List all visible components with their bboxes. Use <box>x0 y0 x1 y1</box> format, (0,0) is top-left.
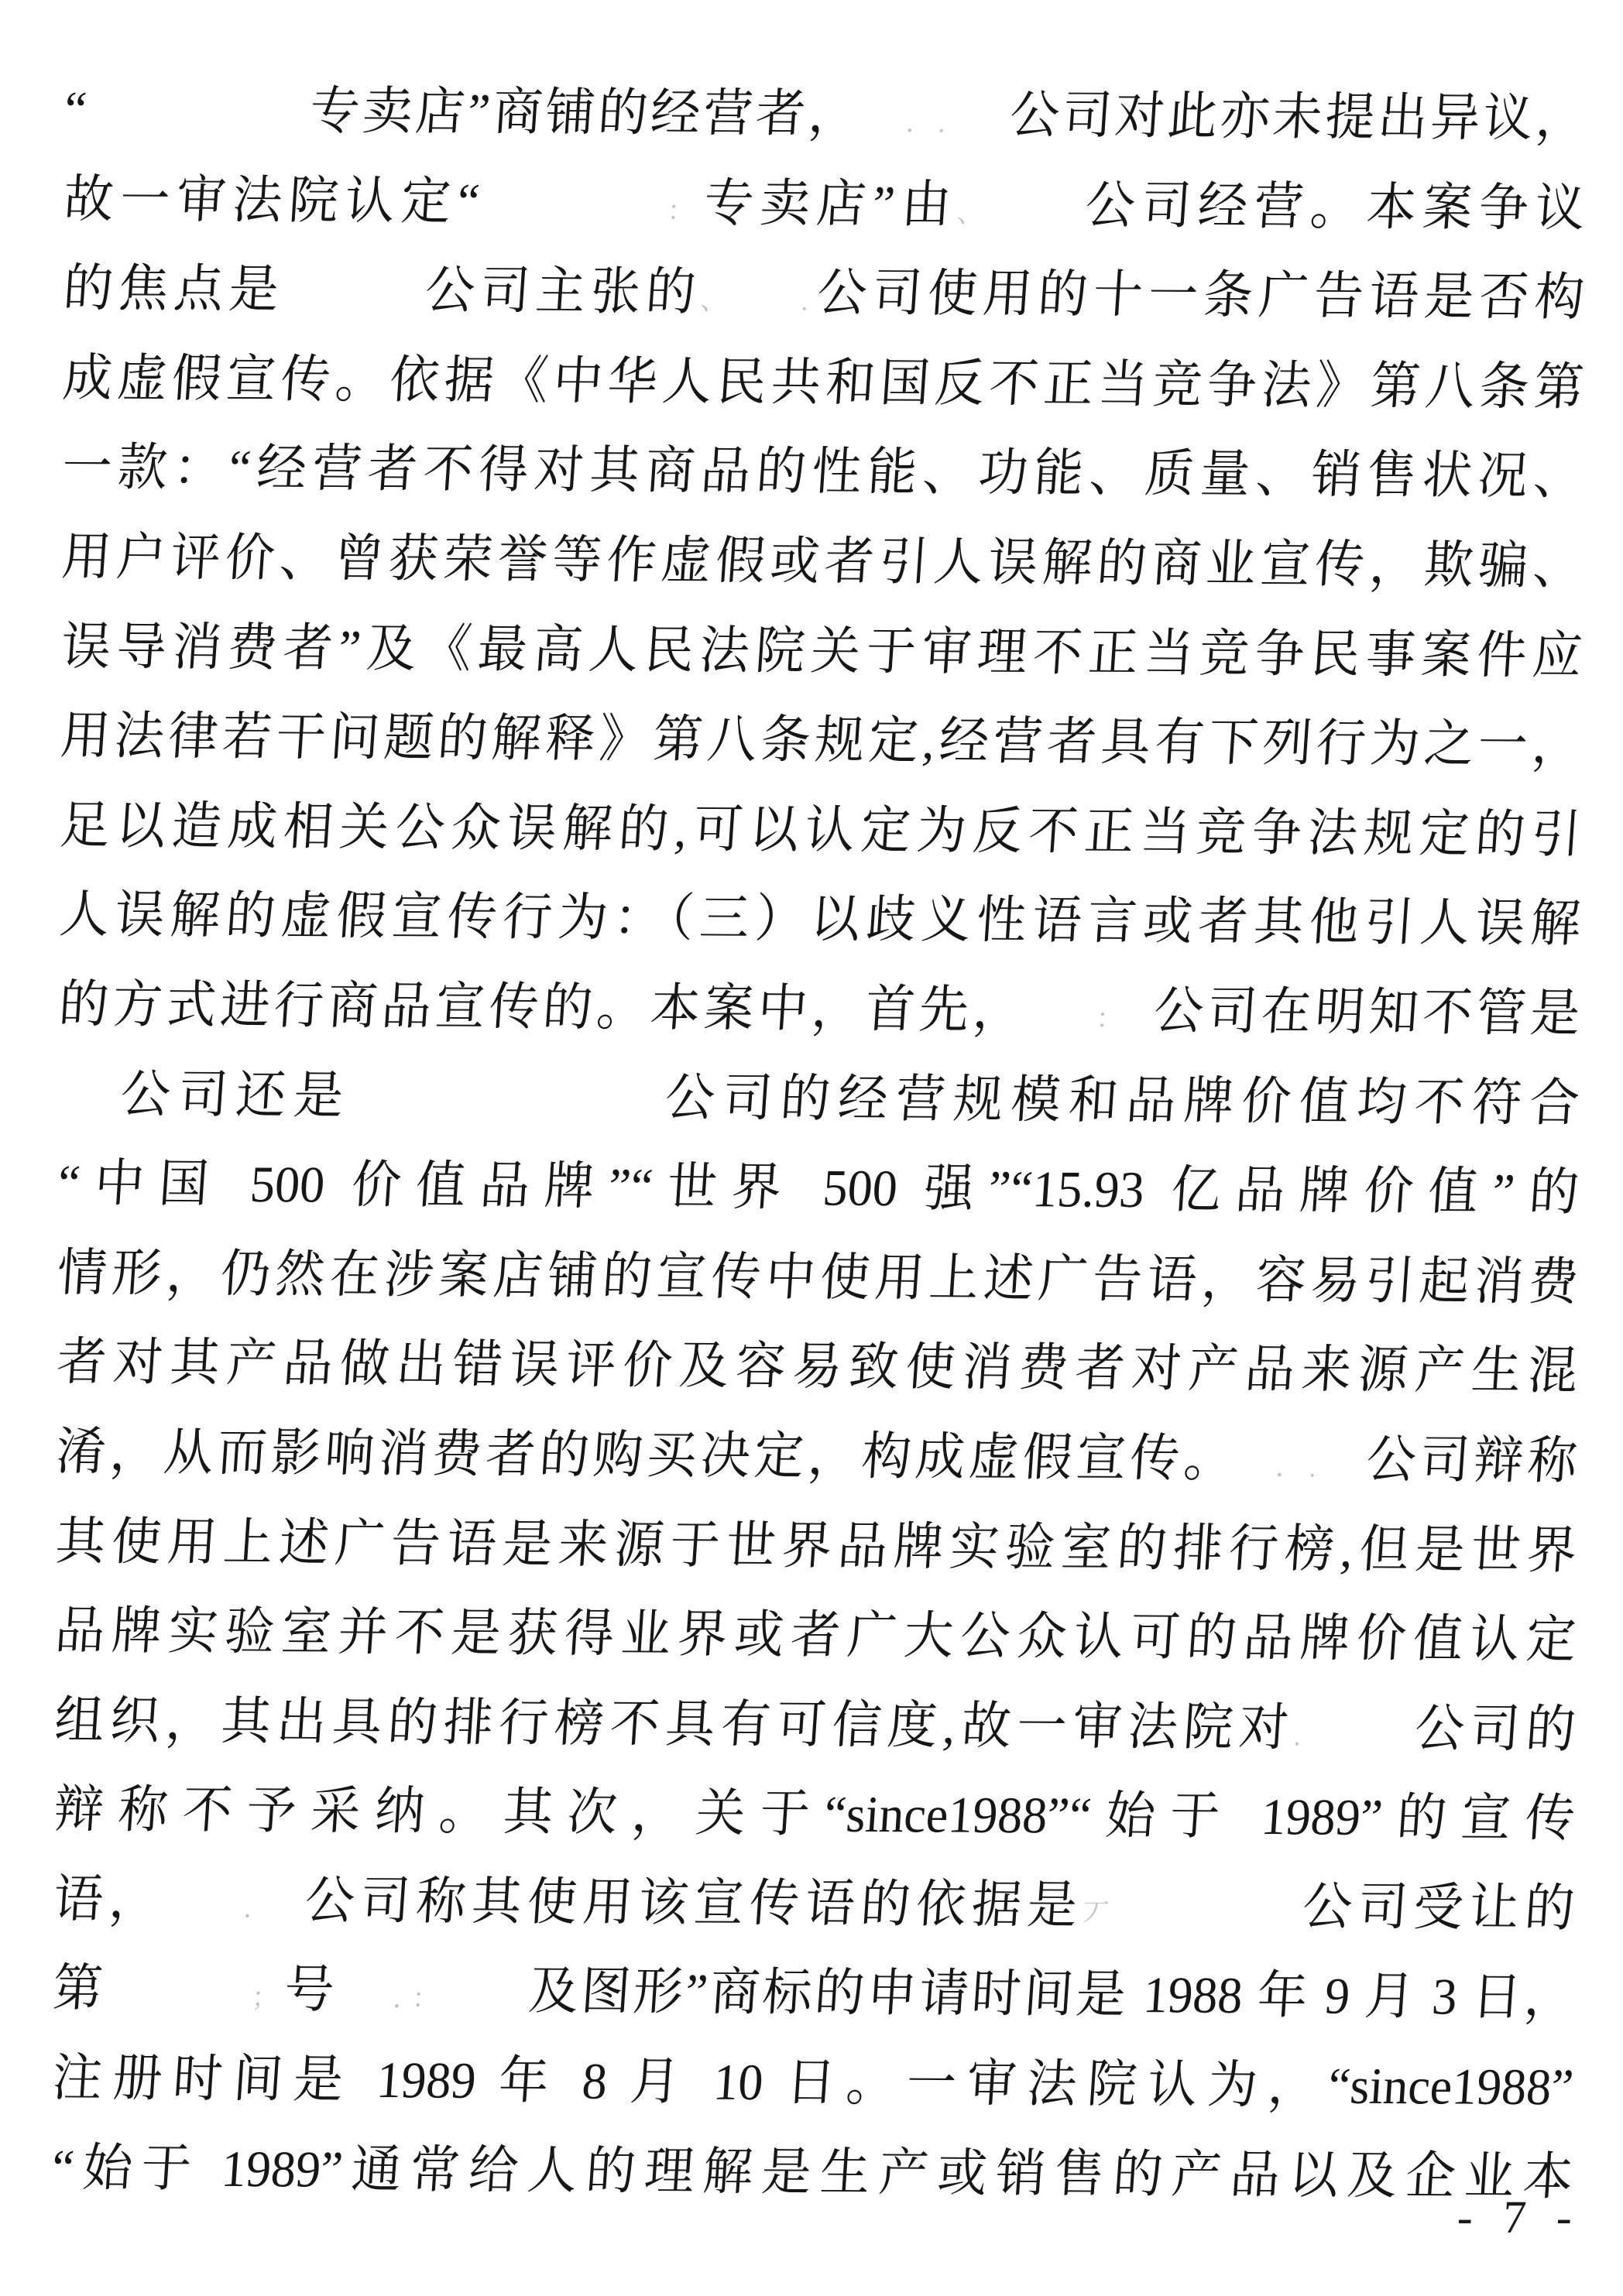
text-run: “始于 1989”通常给人的理解是生产或销售的产品以及企业本 <box>50 2139 1575 2205</box>
redaction-residue: ； <box>251 1983 283 2013</box>
redaction-residue: ． <box>237 1894 280 1924</box>
text-line: 辩称不予采纳。其次，关于“since1988”“始于 1989”的宣传 <box>51 1763 1578 1866</box>
text-line: 情形，仍然在涉案店铺的宣传中使用上述广告语，容易引起消费 <box>54 1226 1581 1328</box>
text-run: 的方式进行商品宣传的。本案中，首先， <box>57 975 1029 1038</box>
redaction-gap <box>993 220 1078 222</box>
text-line: 用户评价、曾获荣誉等作虚假或者引人误解的商业宣传，欺骗、 <box>59 510 1586 612</box>
redaction-residue: ： <box>660 197 705 227</box>
redaction-gap <box>336 2006 390 2008</box>
text-line: 第；号．：及图形”商标的申请时间是 1988 年 9 月 3 日， <box>50 1942 1577 2044</box>
redaction-residue: . <box>1293 1722 1305 1752</box>
text-run: 误导消费者”及《最高人民法院关于审理不正当竞争民事案件应 <box>60 618 1584 684</box>
redaction-gap <box>350 1111 656 1114</box>
redaction-residue: ．. <box>1271 1453 1320 1483</box>
redaction-residue: ．： <box>389 1984 445 2014</box>
redaction-gap <box>105 2004 252 2006</box>
redaction-residue: ．. <box>902 108 949 139</box>
text-line: 组织，其出具的排行榜不具有可信度,故一审法院对.公司的 <box>52 1674 1579 1776</box>
redaction-gap <box>1303 1743 1408 1746</box>
text-run: 专卖店”商铺的经营者， <box>305 82 863 142</box>
text-run: 故一审法院认定“ <box>62 170 482 230</box>
text-line: 一款：“经营者不得对其商品的性能、功能、质量、销售状况、 <box>59 421 1586 523</box>
text-run: 成虚假宣传。依据《中华人民共和国反不正当竞争法》第八条第 <box>61 349 1586 416</box>
text-run: 人误解的虚假宣传行为：（三）以歧义性语言或者其他引人误解 <box>58 886 1583 953</box>
text-run: 品牌实验室并不是获得业界或者广大公众认可的品牌价值认定 <box>53 1602 1578 1668</box>
redaction-gap <box>1117 1921 1295 1924</box>
document-body: “专卖店”商铺的经营者，．.公司对此亦未提出异议，故一审法院认定“：专卖店”由、… <box>49 67 1583 2223</box>
text-run: 组织，其出具的排行榜不具有可信度,故一审法院对 <box>53 1691 1296 1756</box>
text-line: 成虚假宣传。依据《中华人民共和国反不正当竞争法》第八条第 <box>60 331 1587 433</box>
text-line: “始于 1989”通常给人的理解是生产或销售的产品以及企业本 <box>49 2121 1576 2223</box>
text-run: 淆，从而影响消费者的购买决定，构成虚假宣传。 <box>54 1423 1239 1487</box>
text-run: 公司对此亦未提出异议， <box>1005 87 1587 147</box>
text-run: 一款：“经营者不得对其商品的性能、功能、质量、销售状况、 <box>60 439 1585 505</box>
text-run: 语， <box>52 1870 166 1928</box>
text-line: 人误解的虚假宣传行为：（三）以歧义性语言或者其他引人误解 <box>57 869 1584 971</box>
text-line: 语，．公司称其使用该宣传语的依据是丆公司受让的 <box>50 1852 1577 1955</box>
redaction-residue: ： <box>1091 1004 1131 1034</box>
redaction-residue: 、 <box>956 198 994 228</box>
redaction-gap <box>163 1915 237 1917</box>
text-run: 情形，仍然在涉案店铺的宣传中使用上述广告语，容易引起消费 <box>56 1244 1580 1311</box>
text-run: 公司主张的 <box>418 262 704 320</box>
text-run: 辩称不予采纳。其次，关于“since1988”“始于 1989”的宣传 <box>52 1781 1577 1848</box>
redaction-gap <box>860 130 903 132</box>
text-line: 品牌实验室并不是获得业界或者广大公众认可的品牌价值认定 <box>52 1584 1579 1686</box>
text-run: 公司的 <box>1407 1700 1577 1758</box>
text-line: “专卖店”商铺的经营者，．.公司对此亦未提出异议， <box>61 63 1588 165</box>
text-line: 公司还是公司的经营规模和品牌价值均不符合 <box>56 1047 1583 1150</box>
text-line: 者对其产品做出错误评价及容易致使消费者对产品来源产生混 <box>53 1316 1580 1418</box>
redaction-gap <box>85 125 306 129</box>
text-run: 用户评价、曾获荣誉等作虚假或者引人误解的商业宣传，欺骗、 <box>60 528 1584 595</box>
text-run: 第 <box>51 1960 107 2017</box>
text-line: 故一审法院认定“：专卖店”由、公司经营。本案争议 <box>61 152 1588 255</box>
text-run: 公司经营。本案争议 <box>1077 176 1587 237</box>
text-run: 其使用上述广告语是来源于世界品牌实验室的排行榜,但是世界 <box>54 1513 1579 1579</box>
text-run: “ <box>63 81 88 138</box>
page-number: - 7 - <box>1456 2191 1583 2244</box>
text-line: 的方式进行商品宣传的。本案中，首先，：公司在明知不管是 <box>56 958 1583 1060</box>
text-run: 者对其产品做出错误评价及容易致使消费者对产品来源产生混 <box>55 1334 1580 1400</box>
text-run: 公司称其使用该宣传语的依据是 <box>297 1872 1085 1934</box>
text-run: 公司在明知不管是 <box>1148 982 1581 1042</box>
redaction-gap <box>1319 1475 1361 1476</box>
text-line: 足以造成相关公众误解的,可以认定为反不正当竞争法规定的引 <box>57 779 1584 881</box>
text-run: 足以造成相关公众误解的,可以认定为反不正当竞争法规定的引 <box>58 797 1583 863</box>
text-run: 公司辩称 <box>1361 1431 1579 1489</box>
redaction-residue: 、 <box>699 286 736 317</box>
redaction-gap <box>1129 1026 1148 1028</box>
text-run: 公司使用的十一条广告语是否构 <box>810 264 1587 326</box>
text-run: 的焦点是 <box>61 259 286 318</box>
text-line: 淆，从而影响消费者的购买决定，构成虚假宣传。．.公司辩称 <box>53 1405 1580 1507</box>
text-run: 及图形”商标的申请时间是 1988 年 9 月 3 日， <box>524 1962 1576 2026</box>
redaction-gap <box>279 1916 298 1917</box>
text-run: 公司还是 <box>111 1065 353 1124</box>
redaction-gap <box>479 217 661 220</box>
text-run: “中国 500 价值品牌”“世界 500 强”“15.93 亿品牌价值”的 <box>56 1154 1580 1221</box>
text-line: 注册时间是 1989 年 8 月 10 日。一审法院认为，“since1988” <box>50 2031 1577 2133</box>
text-run: 专卖店”由 <box>702 174 959 233</box>
text-run: 注册时间是 1989 年 8 月 10 日。一审法院认为，“since1988” <box>50 2049 1575 2116</box>
text-line: 用法律若干问题的解释》第八条规定,经营者具有下列行为之一， <box>57 690 1584 792</box>
redaction-gap <box>1025 1026 1091 1028</box>
redaction-residue: 丆 <box>1082 1899 1119 1929</box>
text-run: 号 <box>280 1962 339 2019</box>
text-line: “中国 500 价值品牌”“世界 500 强”“15.93 亿品牌价值”的 <box>55 1137 1582 1239</box>
redaction-gap <box>444 2006 525 2009</box>
text-line: 其使用上述广告语是来源于世界品牌实验室的排行榜,但是世界 <box>53 1495 1580 1597</box>
text-line: 的焦点是公司主张的、.公司使用的十一条广告语是否构 <box>60 242 1587 344</box>
redaction-gap <box>1237 1475 1271 1476</box>
redaction-gap <box>57 1109 112 1112</box>
scanned-judgment-page: “专卖店”商铺的经营者，．.公司对此亦未提出异议，故一审法院认定“：专卖店”由、… <box>0 0 1623 2296</box>
redaction-gap <box>283 305 418 307</box>
text-run: 公司受让的 <box>1295 1878 1577 1937</box>
text-run: 用法律若干问题的解释》第八条规定,经营者具有下列行为之一， <box>59 707 1584 773</box>
redaction-gap <box>948 130 1006 132</box>
redaction-gap <box>735 308 801 310</box>
text-line: 误导消费者”及《最高人民法院关于审理不正当竞争民事案件应 <box>58 600 1585 702</box>
text-run: 公司的经营规模和品牌价值均不符合 <box>655 1069 1581 1132</box>
